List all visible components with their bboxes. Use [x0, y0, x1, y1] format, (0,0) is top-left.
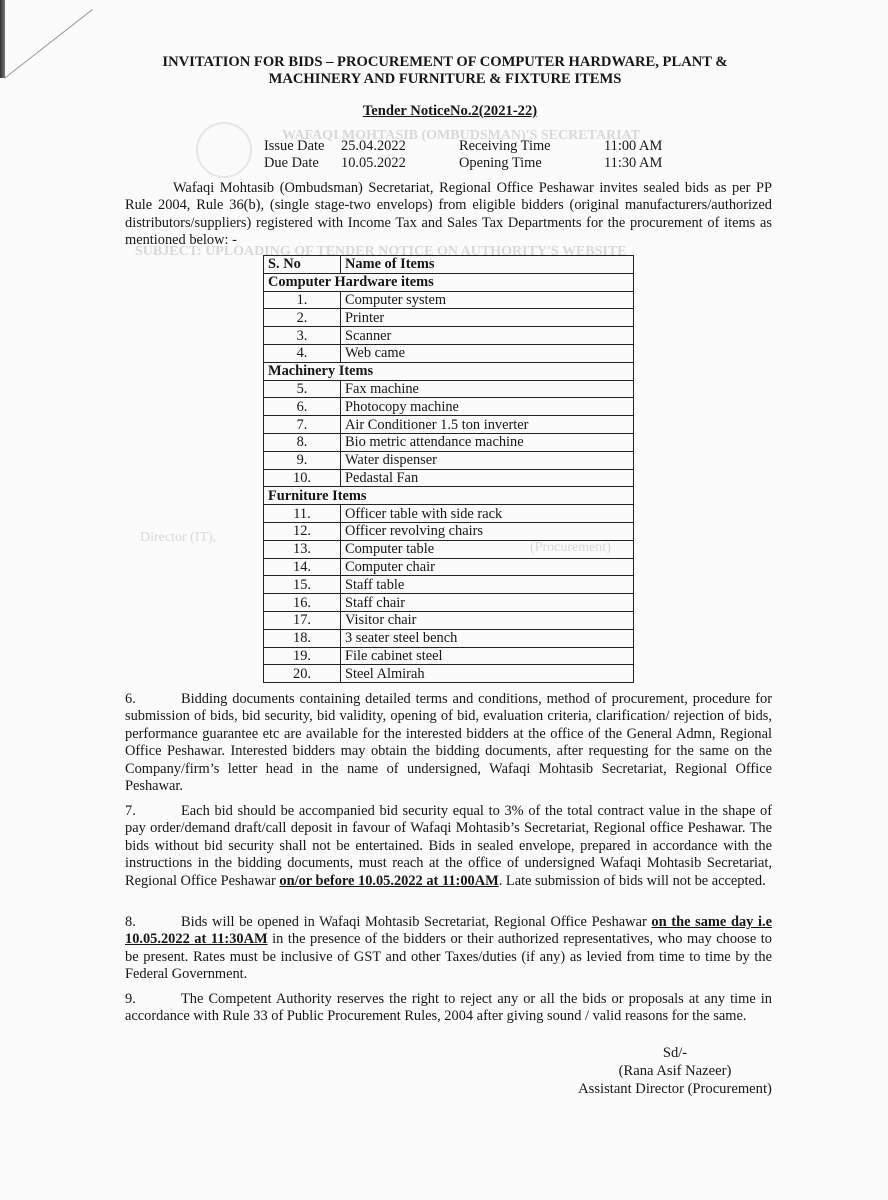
- item-name: Officer revolving chairs: [341, 522, 634, 540]
- serial-number: 2.: [264, 309, 341, 327]
- section-heading: Computer Hardware items: [264, 273, 634, 291]
- serial-number: 13.: [264, 540, 341, 558]
- serial-number: 3.: [264, 327, 341, 345]
- title-line-1: INVITATION FOR BIDS – PROCUREMENT OF COM…: [120, 54, 770, 71]
- paragraph-7: 7.Each bid should be accompanied bid sec…: [125, 803, 772, 890]
- serial-number: 18.: [264, 629, 341, 647]
- paragraph-6: 6.Bidding documents containing detailed …: [125, 691, 772, 795]
- paragraph-number: 8.: [125, 914, 181, 931]
- table-row: 16.Staff chair: [264, 594, 634, 612]
- signature-mark: Sd/-: [560, 1044, 790, 1062]
- item-name: Web came: [341, 344, 634, 362]
- submission-deadline: on/or before 10.05.2022 at 11:00AM: [279, 873, 498, 889]
- table-row: 8.Bio metric attendance machine: [264, 433, 634, 451]
- serial-number: 14.: [264, 558, 341, 576]
- table-section-row: Machinery Items: [264, 362, 634, 380]
- table-row: 19.File cabinet steel: [264, 647, 634, 665]
- table-row: 9.Water dispenser: [264, 451, 634, 469]
- tender-notice-number: Tender NoticeNo.2(2021-22): [120, 103, 780, 120]
- item-name: Computer system: [341, 291, 634, 309]
- paragraph-text: The Competent Authority reserves the rig…: [125, 991, 772, 1024]
- title-line-2: MACHINERY AND FURNITURE & FIXTURE ITEMS: [120, 71, 770, 88]
- signature-block: Sd/- (Rana Asif Nazeer) Assistant Direct…: [560, 1044, 790, 1098]
- intro-text: Wafaqi Mohtasib (Ombudsman) Secretariat,…: [125, 180, 772, 248]
- serial-number: 19.: [264, 647, 341, 665]
- table-row: 20.Steel Almirah: [264, 665, 634, 683]
- item-name: Computer table: [341, 540, 634, 558]
- serial-number: 7.: [264, 416, 341, 434]
- item-name: Staff table: [341, 576, 634, 594]
- section-heading: Furniture Items: [264, 487, 634, 505]
- receiving-time-label: Receiving Time: [459, 138, 551, 155]
- table-row: 14.Computer chair: [264, 558, 634, 576]
- item-name: Photocopy machine: [341, 398, 634, 416]
- table-header-row: S. NoName of Items: [264, 256, 634, 274]
- item-name: Water dispenser: [341, 451, 634, 469]
- paragraph-9: 9.The Competent Authority reserves the r…: [125, 991, 772, 1026]
- item-name: Air Conditioner 1.5 ton inverter: [341, 416, 634, 434]
- serial-number: 5.: [264, 380, 341, 398]
- serial-number: 11.: [264, 505, 341, 523]
- table-row: 18.3 seater steel bench: [264, 629, 634, 647]
- header-item-name: Name of Items: [341, 256, 634, 274]
- table-row: 13.Computer table: [264, 540, 634, 558]
- receiving-time: 11:00 AM: [604, 138, 662, 155]
- serial-number: 4.: [264, 344, 341, 362]
- intro-paragraph: Wafaqi Mohtasib (Ombudsman) Secretariat,…: [125, 180, 772, 250]
- scanned-document-page: WAFAQI MOHTASIB (OMBUDSMAN)'S SECRETARIA…: [0, 0, 888, 1200]
- item-name: Pedastal Fan: [341, 469, 634, 487]
- paragraph-text: . Late submission of bids will not be ac…: [499, 873, 766, 889]
- serial-number: 8.: [264, 433, 341, 451]
- paragraph-number: 6.: [125, 691, 181, 708]
- paragraph-text: Bids will be opened in Wafaqi Mohtasib S…: [181, 914, 651, 930]
- table-row: 3.Scanner: [264, 327, 634, 345]
- table-row: 17.Visitor chair: [264, 611, 634, 629]
- item-name: 3 seater steel bench: [341, 629, 634, 647]
- item-name: Scanner: [341, 327, 634, 345]
- serial-number: 20.: [264, 665, 341, 683]
- paragraph-number: 9.: [125, 991, 181, 1008]
- due-date-label: Due Date: [264, 155, 319, 172]
- serial-number: 12.: [264, 522, 341, 540]
- issue-date-label: Issue Date: [264, 138, 324, 155]
- opening-time-label: Opening Time: [459, 155, 542, 172]
- serial-number: 16.: [264, 594, 341, 612]
- table-row: 15.Staff table: [264, 576, 634, 594]
- serial-number: 6.: [264, 398, 341, 416]
- document-title: INVITATION FOR BIDS – PROCUREMENT OF COM…: [120, 54, 770, 88]
- item-name: Visitor chair: [341, 611, 634, 629]
- item-name: Steel Almirah: [341, 665, 634, 683]
- table-row: 12.Officer revolving chairs: [264, 522, 634, 540]
- serial-number: 9.: [264, 451, 341, 469]
- paragraph-text: Bidding documents containing detailed te…: [125, 691, 772, 794]
- serial-number: 10.: [264, 469, 341, 487]
- table-row: 2.Printer: [264, 309, 634, 327]
- show-through-seal: [196, 122, 252, 178]
- table-row: 5.Fax machine: [264, 380, 634, 398]
- item-name: Bio metric attendance machine: [341, 433, 634, 451]
- item-name: Officer table with side rack: [341, 505, 634, 523]
- table-section-row: Computer Hardware items: [264, 273, 634, 291]
- item-name: Printer: [341, 309, 634, 327]
- table-row: 11.Officer table with side rack: [264, 505, 634, 523]
- table-row: 10.Pedastal Fan: [264, 469, 634, 487]
- serial-number: 15.: [264, 576, 341, 594]
- items-table: S. NoName of ItemsComputer Hardware item…: [263, 255, 634, 683]
- item-name: Staff chair: [341, 594, 634, 612]
- issue-date: 25.04.2022: [341, 138, 406, 155]
- serial-number: 17.: [264, 611, 341, 629]
- header-sno: S. No: [264, 256, 341, 274]
- table-section-row: Furniture Items: [264, 487, 634, 505]
- due-date: 10.05.2022: [341, 155, 406, 172]
- opening-time: 11:30 AM: [604, 155, 662, 172]
- item-name: Fax machine: [341, 380, 634, 398]
- table-row: 6.Photocopy machine: [264, 398, 634, 416]
- paragraph-8: 8.Bids will be opened in Wafaqi Mohtasib…: [125, 914, 772, 984]
- table-row: 7.Air Conditioner 1.5 ton inverter: [264, 416, 634, 434]
- table-row: 1.Computer system: [264, 291, 634, 309]
- signatory-name: (Rana Asif Nazeer): [560, 1062, 790, 1080]
- section-heading: Machinery Items: [264, 362, 634, 380]
- signatory-designation: Assistant Director (Procurement): [560, 1080, 790, 1098]
- item-name: Computer chair: [341, 558, 634, 576]
- serial-number: 1.: [264, 291, 341, 309]
- paragraph-number: 7.: [125, 803, 181, 820]
- item-name: File cabinet steel: [341, 647, 634, 665]
- show-through-text: Director (IT),: [140, 530, 216, 546]
- table-row: 4.Web came: [264, 344, 634, 362]
